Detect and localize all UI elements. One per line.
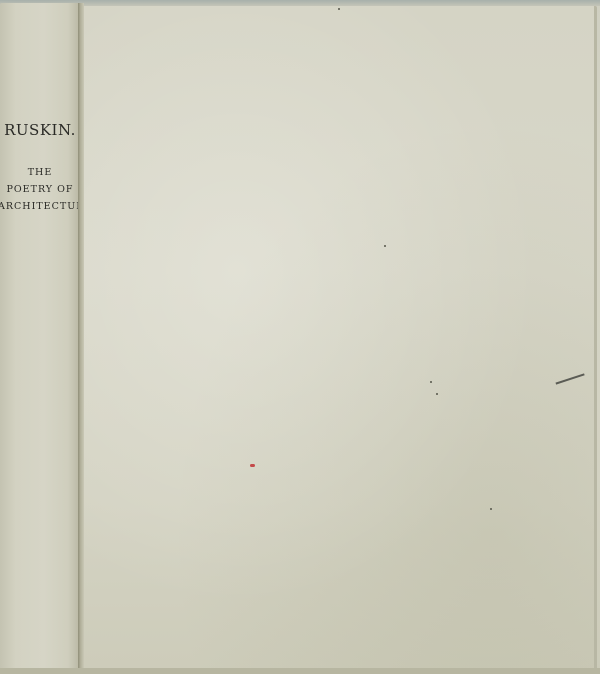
red-ink-mark xyxy=(250,464,255,467)
spine-title-line-2: POETRY OF xyxy=(0,184,80,195)
spine-author: RUSKIN. xyxy=(0,121,80,139)
spine-title-line-3: ARCHITECTURE xyxy=(0,201,82,212)
cover-speck xyxy=(384,245,386,247)
cover-speck xyxy=(430,381,432,383)
background-bottom-edge xyxy=(0,668,600,674)
book-spine: RUSKIN. THE POETRY OF ARCHITECTURE xyxy=(0,3,80,671)
cover-speck xyxy=(436,393,438,395)
front-cover xyxy=(84,6,597,671)
spine-title-line-1: THE xyxy=(0,167,80,178)
cover-speck xyxy=(338,8,340,10)
cover-speck xyxy=(490,508,492,510)
book-photo: RUSKIN. THE POETRY OF ARCHITECTURE xyxy=(0,0,600,674)
